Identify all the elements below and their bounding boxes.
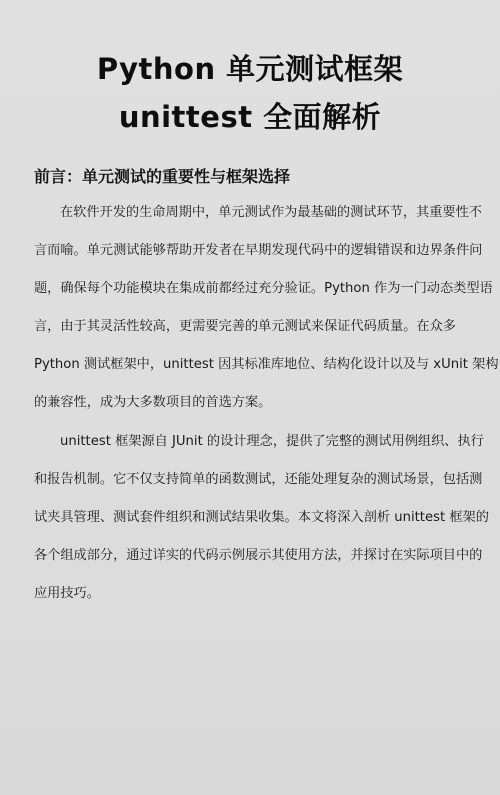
paragraph-line: 题，确保每个功能模块在集成前都经过充分验证。Python 作为一门动态类型语: [34, 270, 466, 308]
paragraph-line: 言，由于其灵活性较高，更需要完善的单元测试来保证代码质量。在众多: [34, 308, 466, 346]
paragraph-2: unittest 框架源自 JUnit 的设计理念，提供了完整的测试用例组织、执…: [34, 423, 466, 613]
paragraph-line: unittest 框架源自 JUnit 的设计理念，提供了完整的测试用例组织、执…: [34, 423, 466, 461]
paragraph-line: Python 测试框架中，unittest 因其标准库地位、结构化设计以及与 x…: [34, 346, 466, 384]
paragraph-line: 应用技巧。: [34, 575, 466, 613]
paragraph-line: 的兼容性，成为大多数项目的首选方案。: [34, 384, 466, 422]
paragraph-line: 言而喻。单元测试能够帮助开发者在早期发现代码中的逻辑错误和边界条件问: [34, 232, 466, 270]
document-page: Python 单元测试框架 unittest 全面解析 前言：单元测试的重要性与…: [0, 0, 500, 795]
paragraph-line: 在软件开发的生命周期中，单元测试作为最基础的测试环节，其重要性不: [34, 194, 466, 232]
paragraph-1: 在软件开发的生命周期中，单元测试作为最基础的测试环节，其重要性不 言而喻。单元测…: [34, 194, 466, 422]
document-title-line-1: Python 单元测试框架: [0, 47, 500, 88]
section-heading: 前言：单元测试的重要性与框架选择: [34, 164, 290, 187]
paragraph-line: 和报告机制。它不仅支持简单的函数测试，还能处理复杂的测试场景，包括测: [34, 461, 466, 499]
paragraph-line: 各个组成部分，通过详实的代码示例展示其使用方法，并探讨在实际项目中的: [34, 537, 466, 575]
document-title-line-2: unittest 全面解析: [0, 95, 500, 136]
paragraph-line: 试夹具管理、测试套件组织和测试结果收集。本文将深入剖析 unittest 框架的: [34, 499, 466, 537]
